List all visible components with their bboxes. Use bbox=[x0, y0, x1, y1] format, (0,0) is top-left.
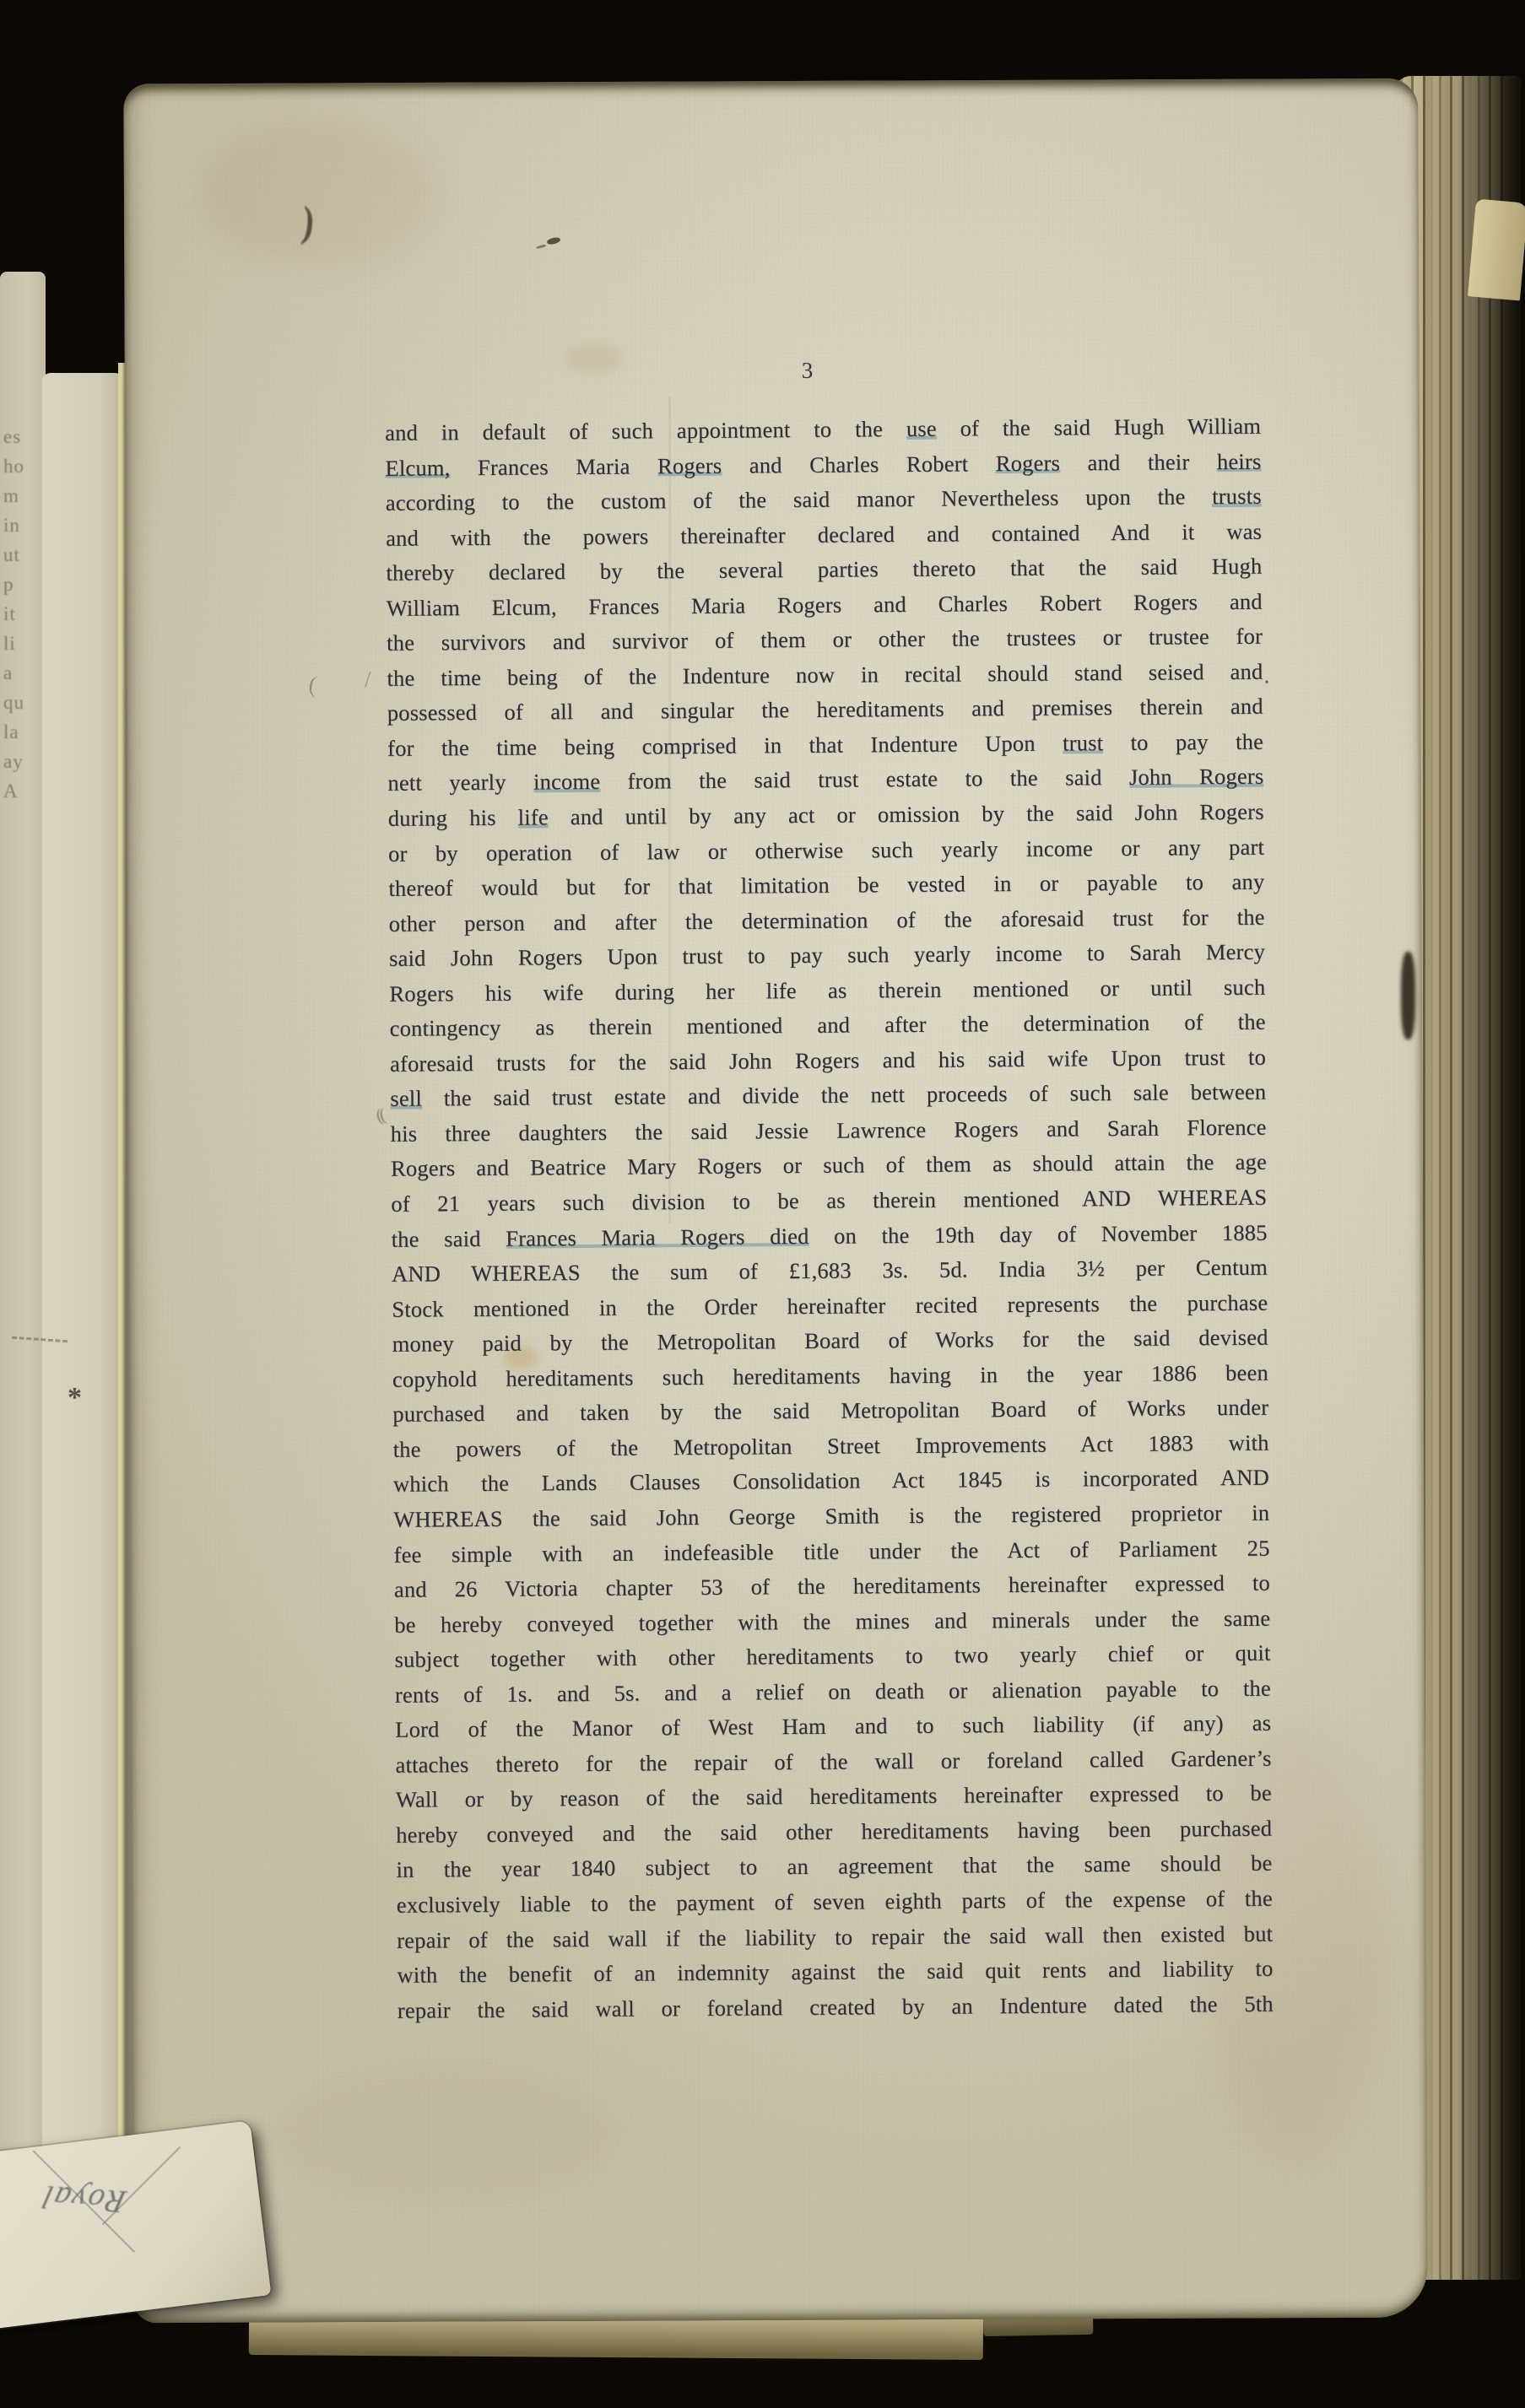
text-fragment: li bbox=[3, 629, 42, 658]
handwritten-note: Royal bbox=[38, 2178, 130, 2220]
legal-text-block: and in default of such appointment to th… bbox=[385, 409, 1274, 2028]
text-fragment: ho bbox=[3, 451, 42, 481]
text-fragment: A bbox=[3, 776, 42, 806]
previous-page-corner: Royal bbox=[0, 2120, 271, 2330]
text-fragment: es bbox=[3, 422, 42, 451]
text-fragment: ay bbox=[3, 747, 42, 776]
text-line: WHEREAS the said John George Smith is th… bbox=[393, 1496, 1269, 1538]
text-fragment: ut bbox=[3, 540, 42, 570]
text-fragment: in bbox=[3, 510, 42, 540]
page-stack-tab bbox=[1468, 199, 1525, 301]
previous-page-text-fragments: eshominutpitliaqulaayA bbox=[3, 422, 42, 806]
text-line: repair the said wall or foreland created… bbox=[397, 1986, 1274, 2028]
page-number: 3 bbox=[770, 358, 846, 384]
scanned-book-photo: eshominutpitliaqulaayA Royal 3 and in de… bbox=[0, 0, 1525, 2408]
text-fragment: it bbox=[3, 599, 42, 629]
left-page-edge-front bbox=[42, 373, 123, 2211]
text-fragment: qu bbox=[3, 688, 42, 717]
text-fragment: m bbox=[3, 481, 42, 510]
page-stack-dark-mark bbox=[1401, 952, 1415, 1039]
text-fragment: la bbox=[3, 717, 42, 747]
text-fragment: a bbox=[3, 658, 42, 688]
text-fragment: p bbox=[3, 570, 42, 599]
